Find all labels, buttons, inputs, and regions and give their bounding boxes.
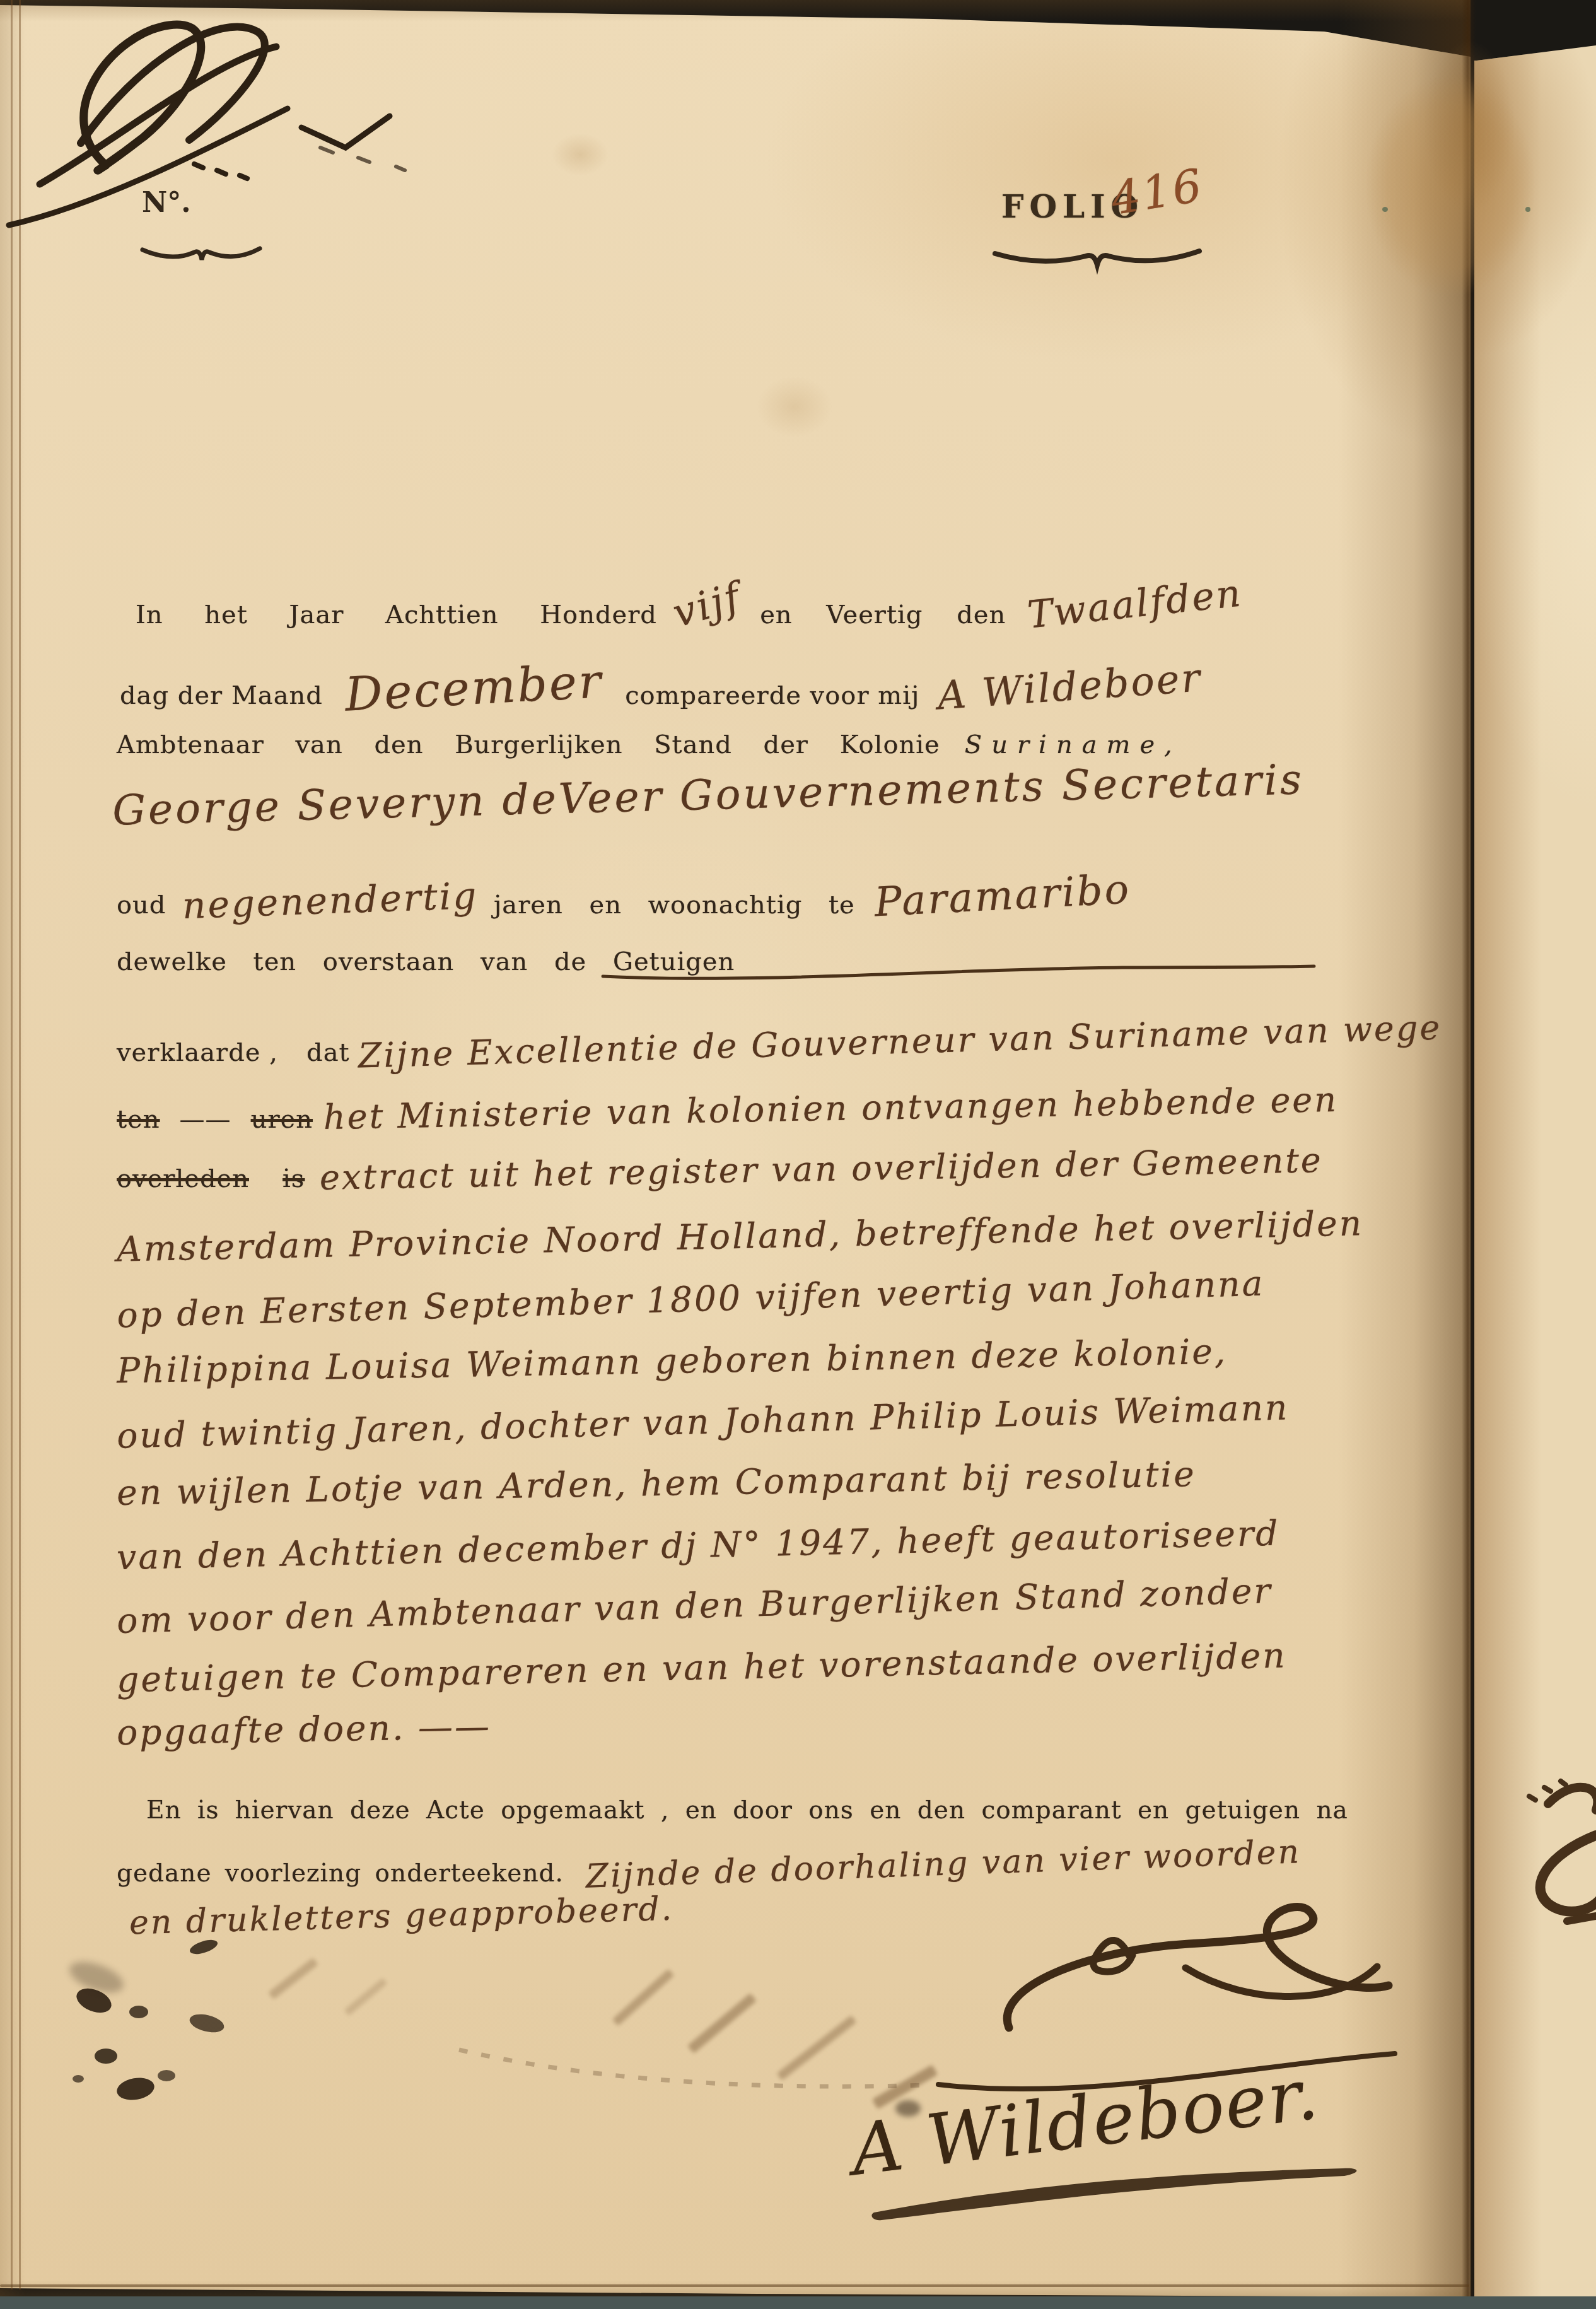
act-line-18: opgaafte doen. ——: [117, 1709, 491, 1750]
binding-gutter: [1462, 0, 1476, 2303]
printed-struck-word: is: [283, 1164, 305, 1193]
printed-text: dat: [306, 1038, 350, 1067]
flourish-brace: [140, 241, 263, 267]
handwritten-text: en drukletters geapprobeerd.: [129, 1890, 674, 1943]
act-line-1: In het Jaar Achttien Honderd vijf en Vee…: [136, 587, 1244, 633]
page-edge-line: [11, 0, 13, 2289]
act-line-14: en wijlen Lotje van Arden, hem Comparant…: [117, 1463, 1196, 1504]
act-line-11: op den Eersten September 1800 vijfen vee…: [117, 1279, 1265, 1319]
document-scan: N°. FOLIO 416 In het Jaar Achttien Honde…: [0, 0, 1596, 2309]
act-line-5: oud negenendertig jaren en woonachtig te…: [117, 877, 1131, 923]
printed-text: dag der Maand: [120, 681, 323, 710]
act-line-4: George Severyn deVeer Gouvernements Secr…: [112, 771, 1304, 819]
printed-text: oud: [117, 891, 166, 920]
act-line-15: van den Achttien december dj N° 1947, he…: [117, 1525, 1280, 1565]
page-edge-line: [19, 0, 21, 2289]
printed-text: In het Jaar Achttien Honderd: [136, 600, 657, 629]
printed-text: Ambtenaar van den Burgerlijken Stand der…: [117, 730, 940, 759]
act-line-7: verklaarde , dat Zijne Excellentie de Go…: [117, 1029, 1442, 1069]
right-page: [1474, 0, 1596, 2301]
signature-underline-flourish: [863, 2152, 1373, 2221]
printed-dash: ——: [180, 1105, 231, 1134]
handwritten-text: opgaafte doen. ——: [116, 1706, 491, 1753]
printed-text: verklaarde ,: [117, 1038, 278, 1067]
flourish-brace: [991, 243, 1203, 272]
printed-text: En is hiervan deze Acte opgemaakt , en d…: [146, 1796, 1348, 1825]
printed-text: jaren en woonachtig te: [494, 891, 855, 920]
printed-text: gedane voorlezing onderteekend.: [117, 1859, 564, 1888]
handwritten-officer-name: A Wildeboer: [936, 654, 1204, 718]
act-line-2: dag der Maand December compareerde voor …: [120, 661, 1203, 715]
act-line-13: oud twintig Jaren, dochter van Johann Ph…: [117, 1401, 1290, 1442]
ink-scribble: [5, 8, 434, 235]
printed-text: compareerde voor mij: [625, 681, 919, 710]
printed-struck-word: overleden: [117, 1164, 249, 1193]
printed-struck-word: uren: [251, 1105, 313, 1134]
act-line-8: ten —— uren het Ministerie van kolonien …: [117, 1096, 1338, 1136]
faint-smudge-line: [454, 2031, 933, 2107]
printed-colony-name: Suriname,: [965, 730, 1182, 759]
closing-line-2: gedane voorlezing onderteekend. Zijnde d…: [117, 1852, 1301, 1890]
act-line-10: Amsterdam Provincie Noord Holland, betre…: [117, 1216, 1363, 1256]
closing-line-1: En is hiervan deze Acte opgemaakt , en d…: [146, 1796, 1348, 1825]
act-line-16: om voor den Ambtenaar van den Burgerlijk…: [117, 1586, 1273, 1626]
handwritten-blank-line: [599, 961, 1318, 986]
closing-line-3: en drukletters geapprobeerd.: [129, 1897, 673, 1935]
printed-text: en Veertig den: [760, 600, 1006, 629]
act-line-3: Ambtenaar van den Burgerlijken Stand der…: [117, 730, 1182, 759]
act-line-9: overleden is extract uit het register va…: [117, 1155, 1323, 1195]
scanner-background: [0, 2296, 1596, 2309]
handwritten-age: negenendertig: [182, 874, 479, 927]
adjacent-page-signature-fragment: [1510, 1760, 1596, 1943]
handwritten-month: December: [344, 654, 604, 722]
printed-struck-word: ten: [117, 1105, 160, 1134]
page-bottom-edge: [0, 2284, 1469, 2287]
act-line-17: getuigen te Compareren en van het vorens…: [117, 1647, 1287, 1688]
act-line-12: Philippina Louisa Weimann geboren binnen…: [117, 1341, 1227, 1381]
